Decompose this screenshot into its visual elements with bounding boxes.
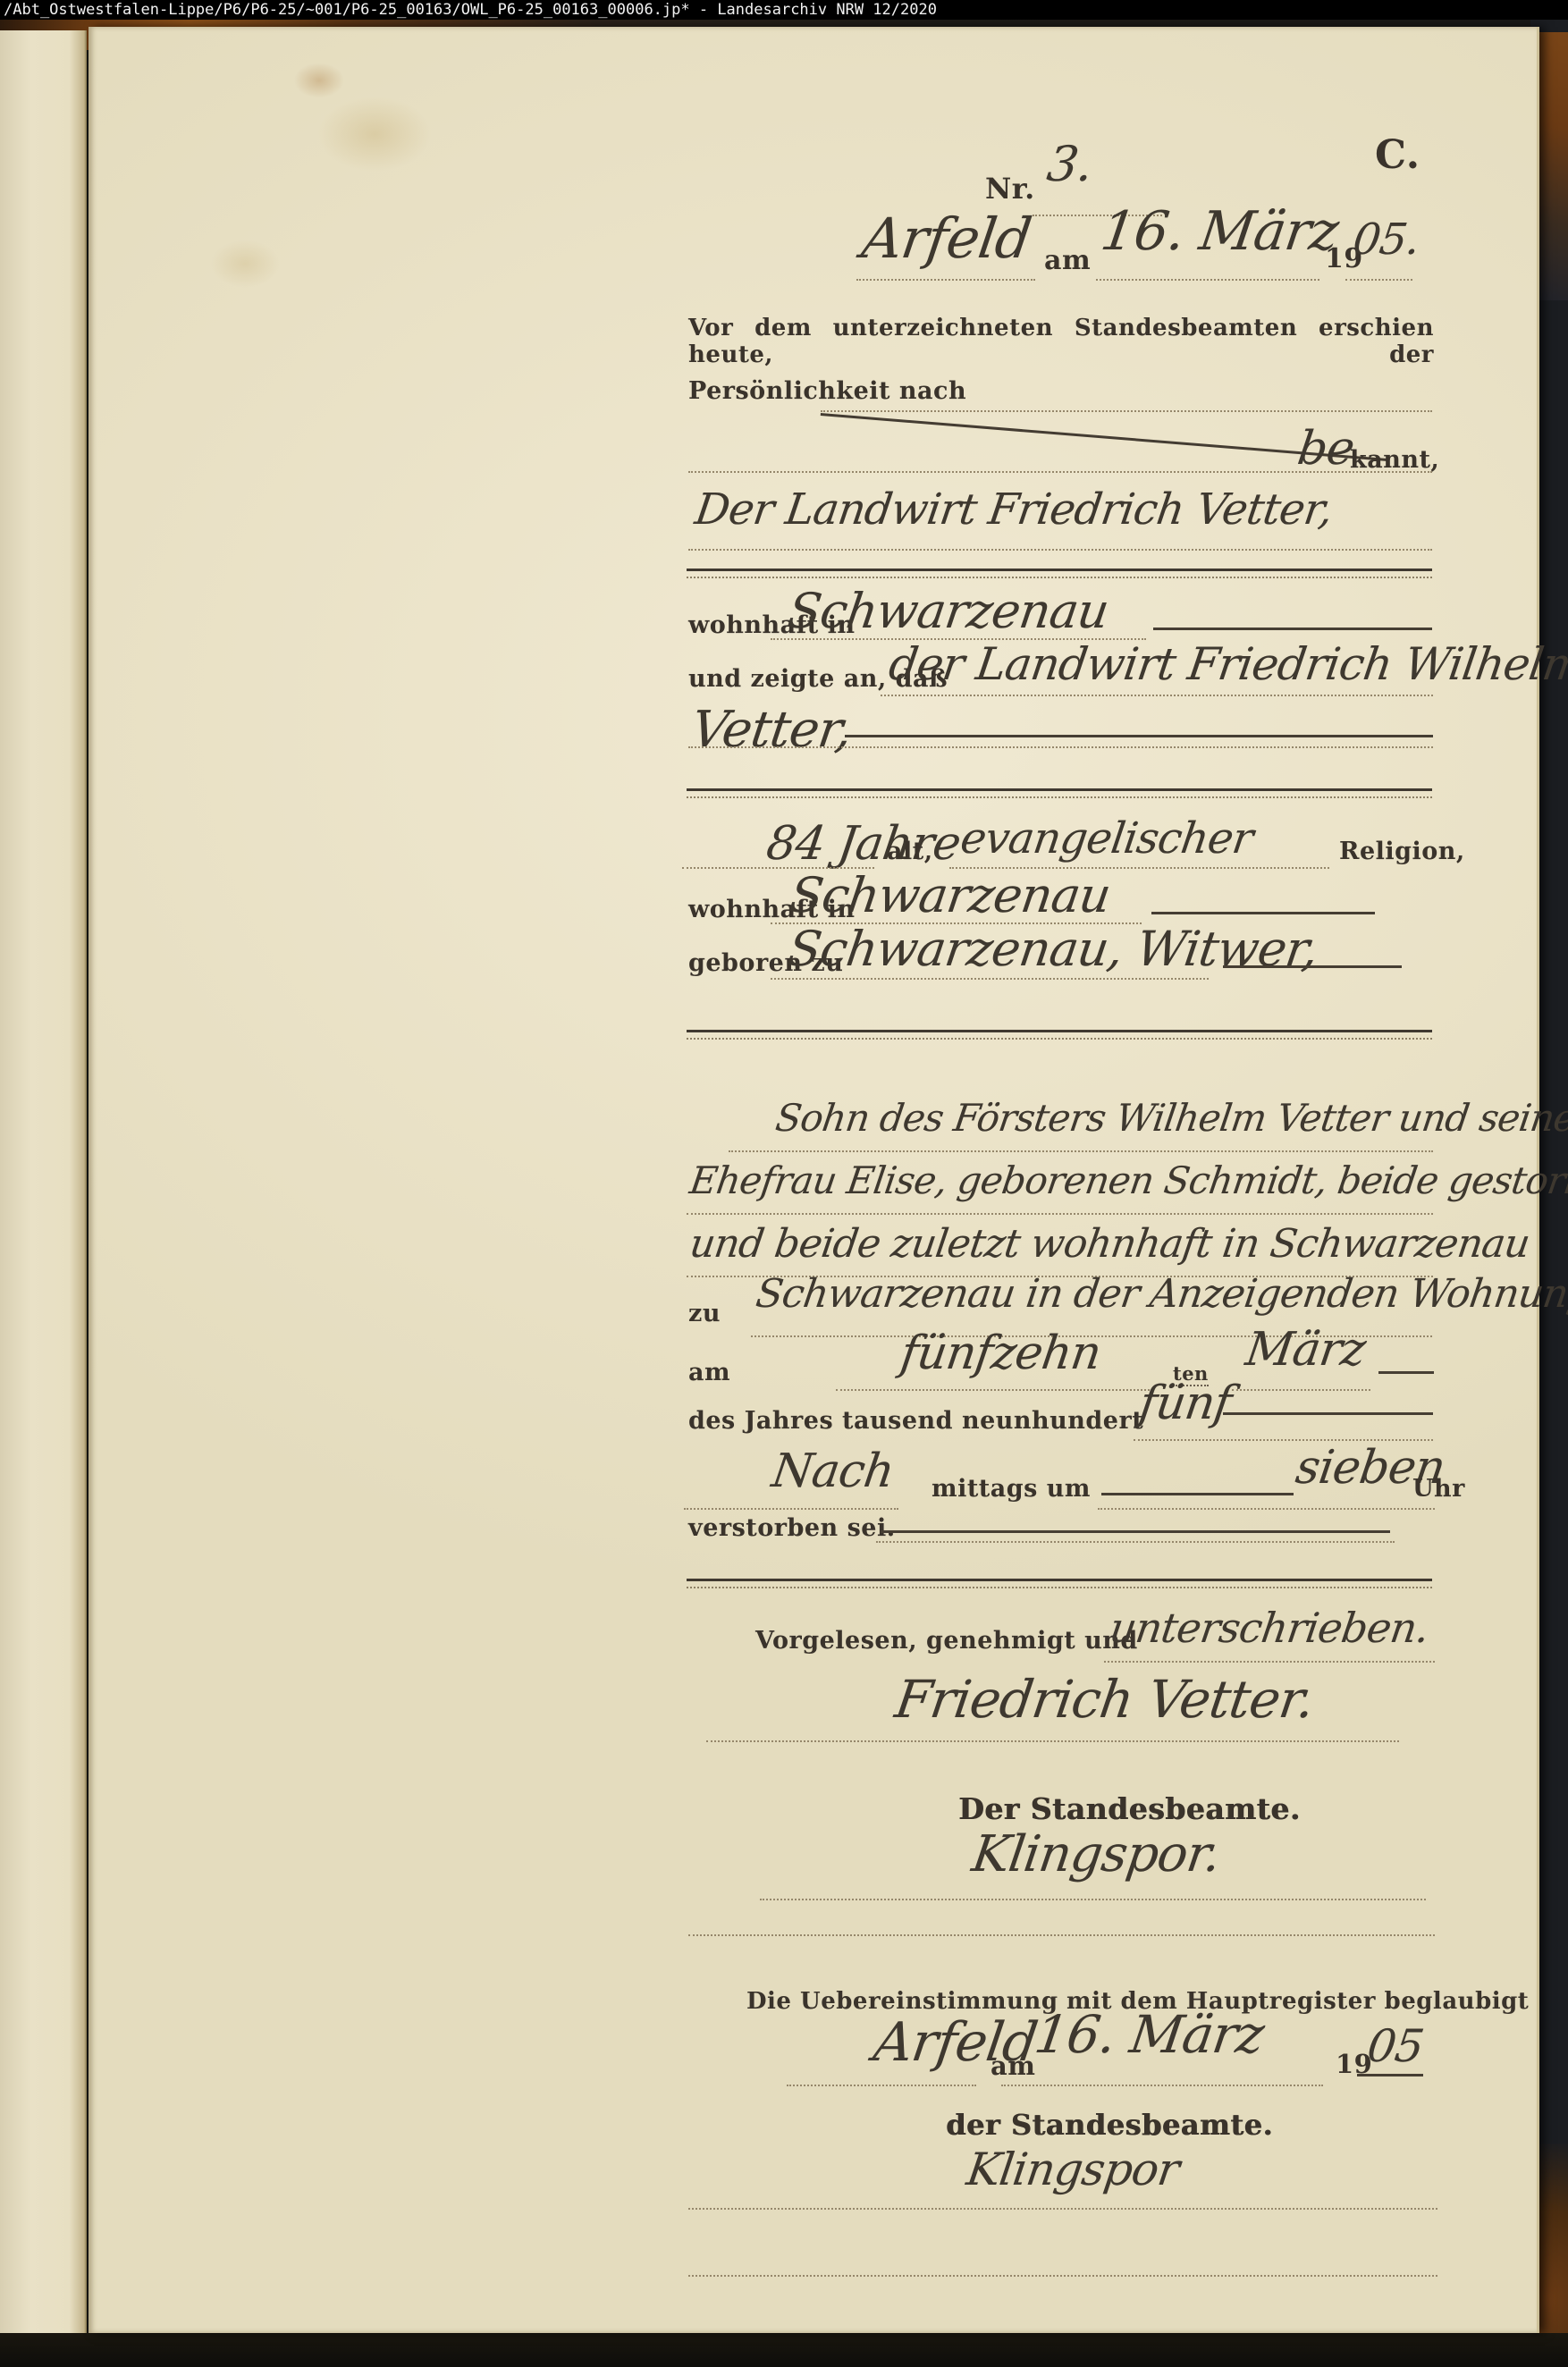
parents-written-line3: und beide zuletzt wohnhaft in Schwarzena… <box>687 1221 1532 1267</box>
certification-am-label: am <box>991 2051 1035 2081</box>
parents-written-line1: Sohn des Försters Wilhelm Vetter und sei… <box>773 1096 1568 1140</box>
death-year-written: fünf <box>1136 1377 1235 1430</box>
form-line <box>706 1740 1399 1742</box>
death-month-written: März <box>1243 1323 1369 1377</box>
born-written: Schwarzenau, Witwer, <box>785 921 1321 977</box>
previous-page-edge <box>0 30 87 2333</box>
religion-label: Religion, <box>1339 838 1465 865</box>
form-line <box>1232 1389 1370 1391</box>
form-line <box>688 1934 1435 1936</box>
header-am-label: am <box>1044 245 1091 276</box>
filler-dash <box>1223 965 1402 968</box>
form-line <box>1098 1508 1435 1510</box>
declarant-signature: Friedrich Vetter. <box>891 1669 1318 1730</box>
viewer-titlebar: /Abt_Ostwestfalen-Lippe/P6/P6-25/~001/P6… <box>0 0 1568 20</box>
section-rule <box>687 1579 1432 1588</box>
death-year-printed: des Jahres tausend neunhundert <box>688 1407 1143 1435</box>
filler-dash <box>1151 912 1375 914</box>
form-line <box>1001 2085 1323 2086</box>
form-line <box>687 1213 1433 1215</box>
file-path-text: /Abt_Ostwestfalen-Lippe/P6/P6-25/~001/P6… <box>0 0 1568 20</box>
form-line <box>821 410 1432 412</box>
form-line <box>1096 279 1319 281</box>
daytime-written: Nach <box>769 1445 898 1498</box>
death-place-written: Schwarzenau in der Anzeigenden Wohnung <box>753 1271 1568 1317</box>
header-place-written: Arfeld <box>858 206 1035 271</box>
deceased-written-line2: Vetter, <box>687 701 855 759</box>
page-corner-letter: C. <box>1375 132 1420 178</box>
certification-registrar-label: der Standesbeamte. <box>946 2108 1273 2142</box>
death-day-label: am <box>688 1359 730 1386</box>
section-rule <box>687 1030 1432 1040</box>
form-line <box>729 1150 1433 1152</box>
closing-printed: verstorben sei. <box>688 1514 896 1542</box>
form-line <box>881 695 1433 696</box>
death-day-written: fünfzehn <box>898 1327 1104 1380</box>
registrar-signature: Klingspor. <box>968 1825 1223 1883</box>
age-label: alt, <box>887 838 933 865</box>
form-line <box>688 549 1432 551</box>
screenshot: /Abt_Ostwestfalen-Lippe/P6/P6-25/~001/P6… <box>0 0 1568 2367</box>
daytime-printed: mittags um <box>932 1475 1091 1503</box>
approval-written: unterschrieben. <box>1107 1604 1431 1652</box>
filler-dash <box>1378 1371 1434 1374</box>
residence2-written: Schwarzenau <box>787 867 1114 923</box>
certification-year-written: 05 <box>1364 2020 1427 2072</box>
hour-label: Uhr <box>1412 1475 1465 1503</box>
form-line <box>684 1508 898 1510</box>
filler-dash <box>1101 1493 1294 1495</box>
filler-dash <box>1153 628 1432 630</box>
header-date-written: 16. März <box>1097 200 1342 263</box>
form-line <box>771 978 1209 980</box>
form-line <box>688 2208 1437 2210</box>
filler-dash <box>1223 1412 1433 1415</box>
approval-printed: Vorgelesen, genehmigt und <box>755 1627 1138 1655</box>
header-year-written: 05. <box>1350 215 1422 265</box>
book-cover-bottom <box>0 2333 1568 2367</box>
age-written: 84 Jahre <box>763 817 964 871</box>
residence-written: Schwarzenau <box>785 583 1112 639</box>
identity-label: Persönlichkeit nach <box>688 377 966 405</box>
form-line <box>688 2275 1437 2277</box>
record-number-value: 3. <box>1044 136 1096 192</box>
declarant-written: Der Landwirt Friedrich Vetter, <box>692 484 1336 535</box>
form-line <box>836 1389 1153 1391</box>
parents-written-line2: Ehefrau Elise, geborenen Schmidt, beide … <box>687 1158 1568 1202</box>
deceased-written-line1: der Landwirt Friedrich Wilhelm <box>886 638 1568 690</box>
known-printed-suffix: kannt, <box>1350 446 1439 474</box>
form-line <box>856 279 1035 281</box>
intro-printed-line: Vor dem unterzeichneten Standesbeamten e… <box>688 315 1434 368</box>
filler-dash <box>881 1530 1390 1533</box>
form-line <box>1104 1661 1435 1663</box>
form-line <box>787 2085 976 2086</box>
filler-dash <box>845 735 1433 737</box>
filler-dash <box>1357 2074 1423 2076</box>
section-rule <box>687 788 1432 798</box>
form-line <box>1345 279 1412 281</box>
known-written-prefix: be <box>1294 422 1357 476</box>
form-line <box>876 1541 1395 1543</box>
registrar-label: Der Standesbeamte. <box>958 1791 1301 1826</box>
record-number-label: Nr. <box>985 172 1035 206</box>
form-line <box>688 746 1433 748</box>
certification-date-written: 16. März <box>1031 2004 1267 2065</box>
section-rule <box>687 569 1432 578</box>
form-line <box>760 1899 1426 1900</box>
religion-written: evangelischer <box>957 813 1256 863</box>
certification-registrar-signature: Klingspor <box>964 2144 1182 2195</box>
death-place-label: zu <box>688 1300 721 1327</box>
